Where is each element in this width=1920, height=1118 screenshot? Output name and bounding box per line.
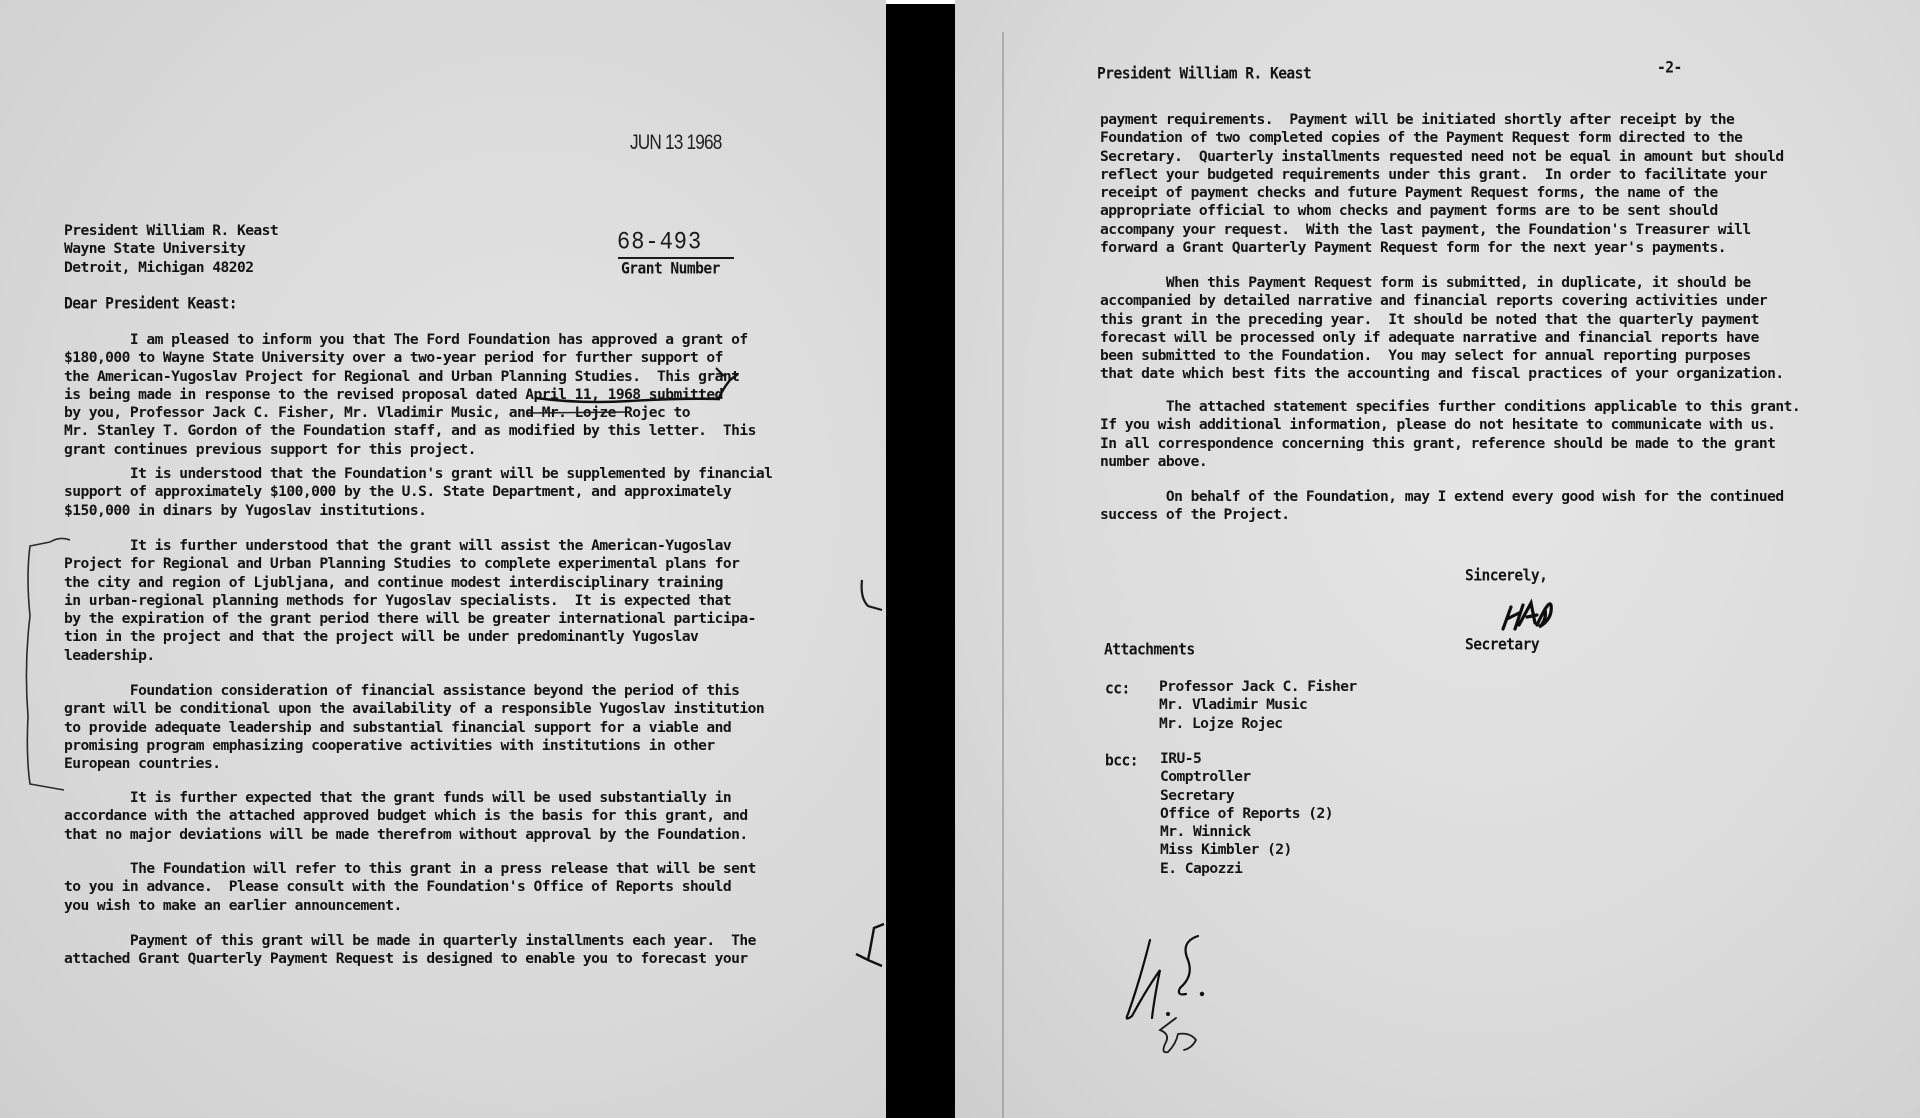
margin-mark (858, 578, 888, 618)
paragraph-line: In all correspondence concerning this gr… (1100, 435, 1800, 453)
paragraph-line: Foundation consideration of financial as… (64, 682, 764, 700)
salutation: Dear President Keast: (64, 294, 237, 314)
handwritten-initials (1120, 930, 1240, 1060)
attachments-label: Attachments (1104, 640, 1195, 660)
paragraph-line: the city and region of Ljubljana, and co… (64, 574, 756, 592)
letter-paragraph: It is further expected that the grant fu… (64, 789, 748, 844)
paragraph-line: Project for Regional and Urban Planning … (64, 555, 756, 573)
addressee-line: Wayne State University (64, 240, 278, 258)
paragraph-line: forecast will be processed only if adequ… (1100, 329, 1784, 347)
paragraph-line: to you in advance. Please consult with t… (64, 878, 756, 896)
paragraph-line: promising program emphasizing cooperativ… (64, 737, 764, 755)
margin-bracket (20, 536, 90, 796)
paragraph-line: you wish to make an earlier announcement… (64, 897, 756, 915)
letter-paragraph: Payment of this grant will be made in qu… (64, 932, 756, 969)
page-header-name: President William R. Keast (1097, 64, 1311, 84)
paragraph-line: support of approximately $100,000 by the… (64, 483, 772, 501)
paragraph-line: accompanied by detailed narrative and fi… (1100, 292, 1784, 310)
bcc-recipient: Secretary (1160, 787, 1333, 805)
letter-paragraph: When this Payment Request form is submit… (1100, 274, 1784, 384)
bcc-recipient: Miss Kimbler (2) (1160, 841, 1333, 859)
addressee-line: Detroit, Michigan 48202 (64, 259, 278, 277)
paragraph-line: accompany your request. With the last pa… (1100, 221, 1784, 239)
handwritten-underline (520, 360, 740, 410)
paragraph-line: I am pleased to inform you that The Ford… (64, 331, 756, 349)
paragraph-line: $150,000 in dinars by Yugoslav instituti… (64, 502, 772, 520)
page-number: -2- (1657, 58, 1682, 78)
bcc-recipient: Office of Reports (2) (1160, 805, 1333, 823)
paragraph-line: that no major deviations will be made th… (64, 826, 748, 844)
addressee-block: President William R. Keast Wayne State U… (64, 222, 278, 277)
cc-recipient: Mr. Lojze Rojec (1159, 715, 1357, 733)
paragraph-line: that date which best fits the accounting… (1100, 365, 1784, 383)
grant-number-label: Grant Number (621, 259, 720, 279)
paragraph-line: number above. (1100, 453, 1800, 471)
paragraph-line: Secretary. Quarterly installments reques… (1100, 148, 1784, 166)
cc-label: cc: (1105, 679, 1130, 699)
letter-paragraph: It is understood that the Foundation's g… (64, 465, 772, 520)
paragraph-line: Payment of this grant will be made in qu… (64, 932, 756, 950)
paragraph-line: European countries. (64, 755, 764, 773)
paragraph-line: leadership. (64, 647, 756, 665)
bcc-recipient: Comptroller (1160, 768, 1333, 786)
bcc-recipient: E. Capozzi (1160, 860, 1333, 878)
cc-list: Professor Jack C. Fisher Mr. Vladimir Mu… (1159, 678, 1357, 733)
date-stamp: JUN 13 1968 (630, 134, 721, 152)
cc-recipient: Mr. Vladimir Music (1159, 696, 1357, 714)
letter-paragraph: The attached statement specifies further… (1100, 398, 1800, 471)
page-fold-line (1002, 32, 1004, 1118)
paragraph-line: When this Payment Request form is submit… (1100, 274, 1784, 292)
paragraph-line: payment requirements. Payment will be in… (1100, 111, 1784, 129)
letter-paragraph: The Foundation will refer to this grant … (64, 860, 756, 915)
bcc-recipient: Mr. Winnick (1160, 823, 1333, 841)
paragraph-line: It is understood that the Foundation's g… (64, 465, 772, 483)
paragraph-line: It is further expected that the grant fu… (64, 789, 748, 807)
grant-number: 68-493 (617, 233, 702, 253)
paragraph-line: The Foundation will refer to this grant … (64, 860, 756, 878)
closing: Sincerely, (1465, 566, 1547, 586)
paragraph-line: On behalf of the Foundation, may I exten… (1100, 488, 1784, 506)
paragraph-line: Foundation of two completed copies of th… (1100, 129, 1784, 147)
letter-paragraph: It is further understood that the grant … (64, 537, 756, 665)
paragraph-line: reflect your budgeted requirements under… (1100, 166, 1784, 184)
paragraph-line: attached Grant Quarterly Payment Request… (64, 950, 756, 968)
paragraph-line: been submitted to the Foundation. You ma… (1100, 347, 1784, 365)
paragraph-line: this grant in the preceding year. It sho… (1100, 311, 1784, 329)
paragraph-line: tion in the project and that the project… (64, 628, 756, 646)
bcc-label: bcc: (1105, 751, 1138, 771)
paragraph-line: appropriate official to whom checks and … (1100, 202, 1784, 220)
paragraph-line: The attached statement specifies further… (1100, 398, 1800, 416)
letter-paragraph: payment requirements. Payment will be in… (1100, 111, 1784, 257)
letter-paragraph: On behalf of the Foundation, may I exten… (1100, 488, 1784, 525)
cc-recipient: Professor Jack C. Fisher (1159, 678, 1357, 696)
paragraph-line: to provide adequate leadership and subst… (64, 719, 764, 737)
paragraph-line: grant will be conditional upon the avail… (64, 700, 764, 718)
letter-paragraph: Foundation consideration of financial as… (64, 682, 764, 773)
bcc-list: IRU-5 Comptroller Secretary Office of Re… (1160, 750, 1333, 878)
bcc-recipient: IRU-5 (1160, 750, 1333, 768)
signer-title: Secretary (1465, 635, 1539, 655)
paragraph-line: receipt of payment checks and future Pay… (1100, 184, 1784, 202)
strikethrough-mark (520, 406, 640, 420)
paragraph-line: forward a Grant Quarterly Payment Reques… (1100, 239, 1784, 257)
addressee-line: President William R. Keast (64, 222, 278, 240)
paragraph-line: in urban-regional planning methods for Y… (64, 592, 756, 610)
paragraph-line: Mr. Stanley T. Gordon of the Foundation … (64, 422, 756, 440)
paragraph-line: It is further understood that the grant … (64, 537, 756, 555)
paragraph-line: If you wish additional information, plea… (1100, 416, 1800, 434)
paragraph-line: accordance with the attached approved bu… (64, 807, 748, 825)
paragraph-line: by the expiration of the grant period th… (64, 610, 756, 628)
letter-page-1: JUN 13 1968 President William R. Keast W… (0, 0, 886, 1118)
scan-gutter (886, 4, 955, 1118)
signature-scribble (1497, 595, 1557, 635)
paragraph-line: success of the Project. (1100, 506, 1784, 524)
paragraph-line: grant continues previous support for thi… (64, 441, 756, 459)
